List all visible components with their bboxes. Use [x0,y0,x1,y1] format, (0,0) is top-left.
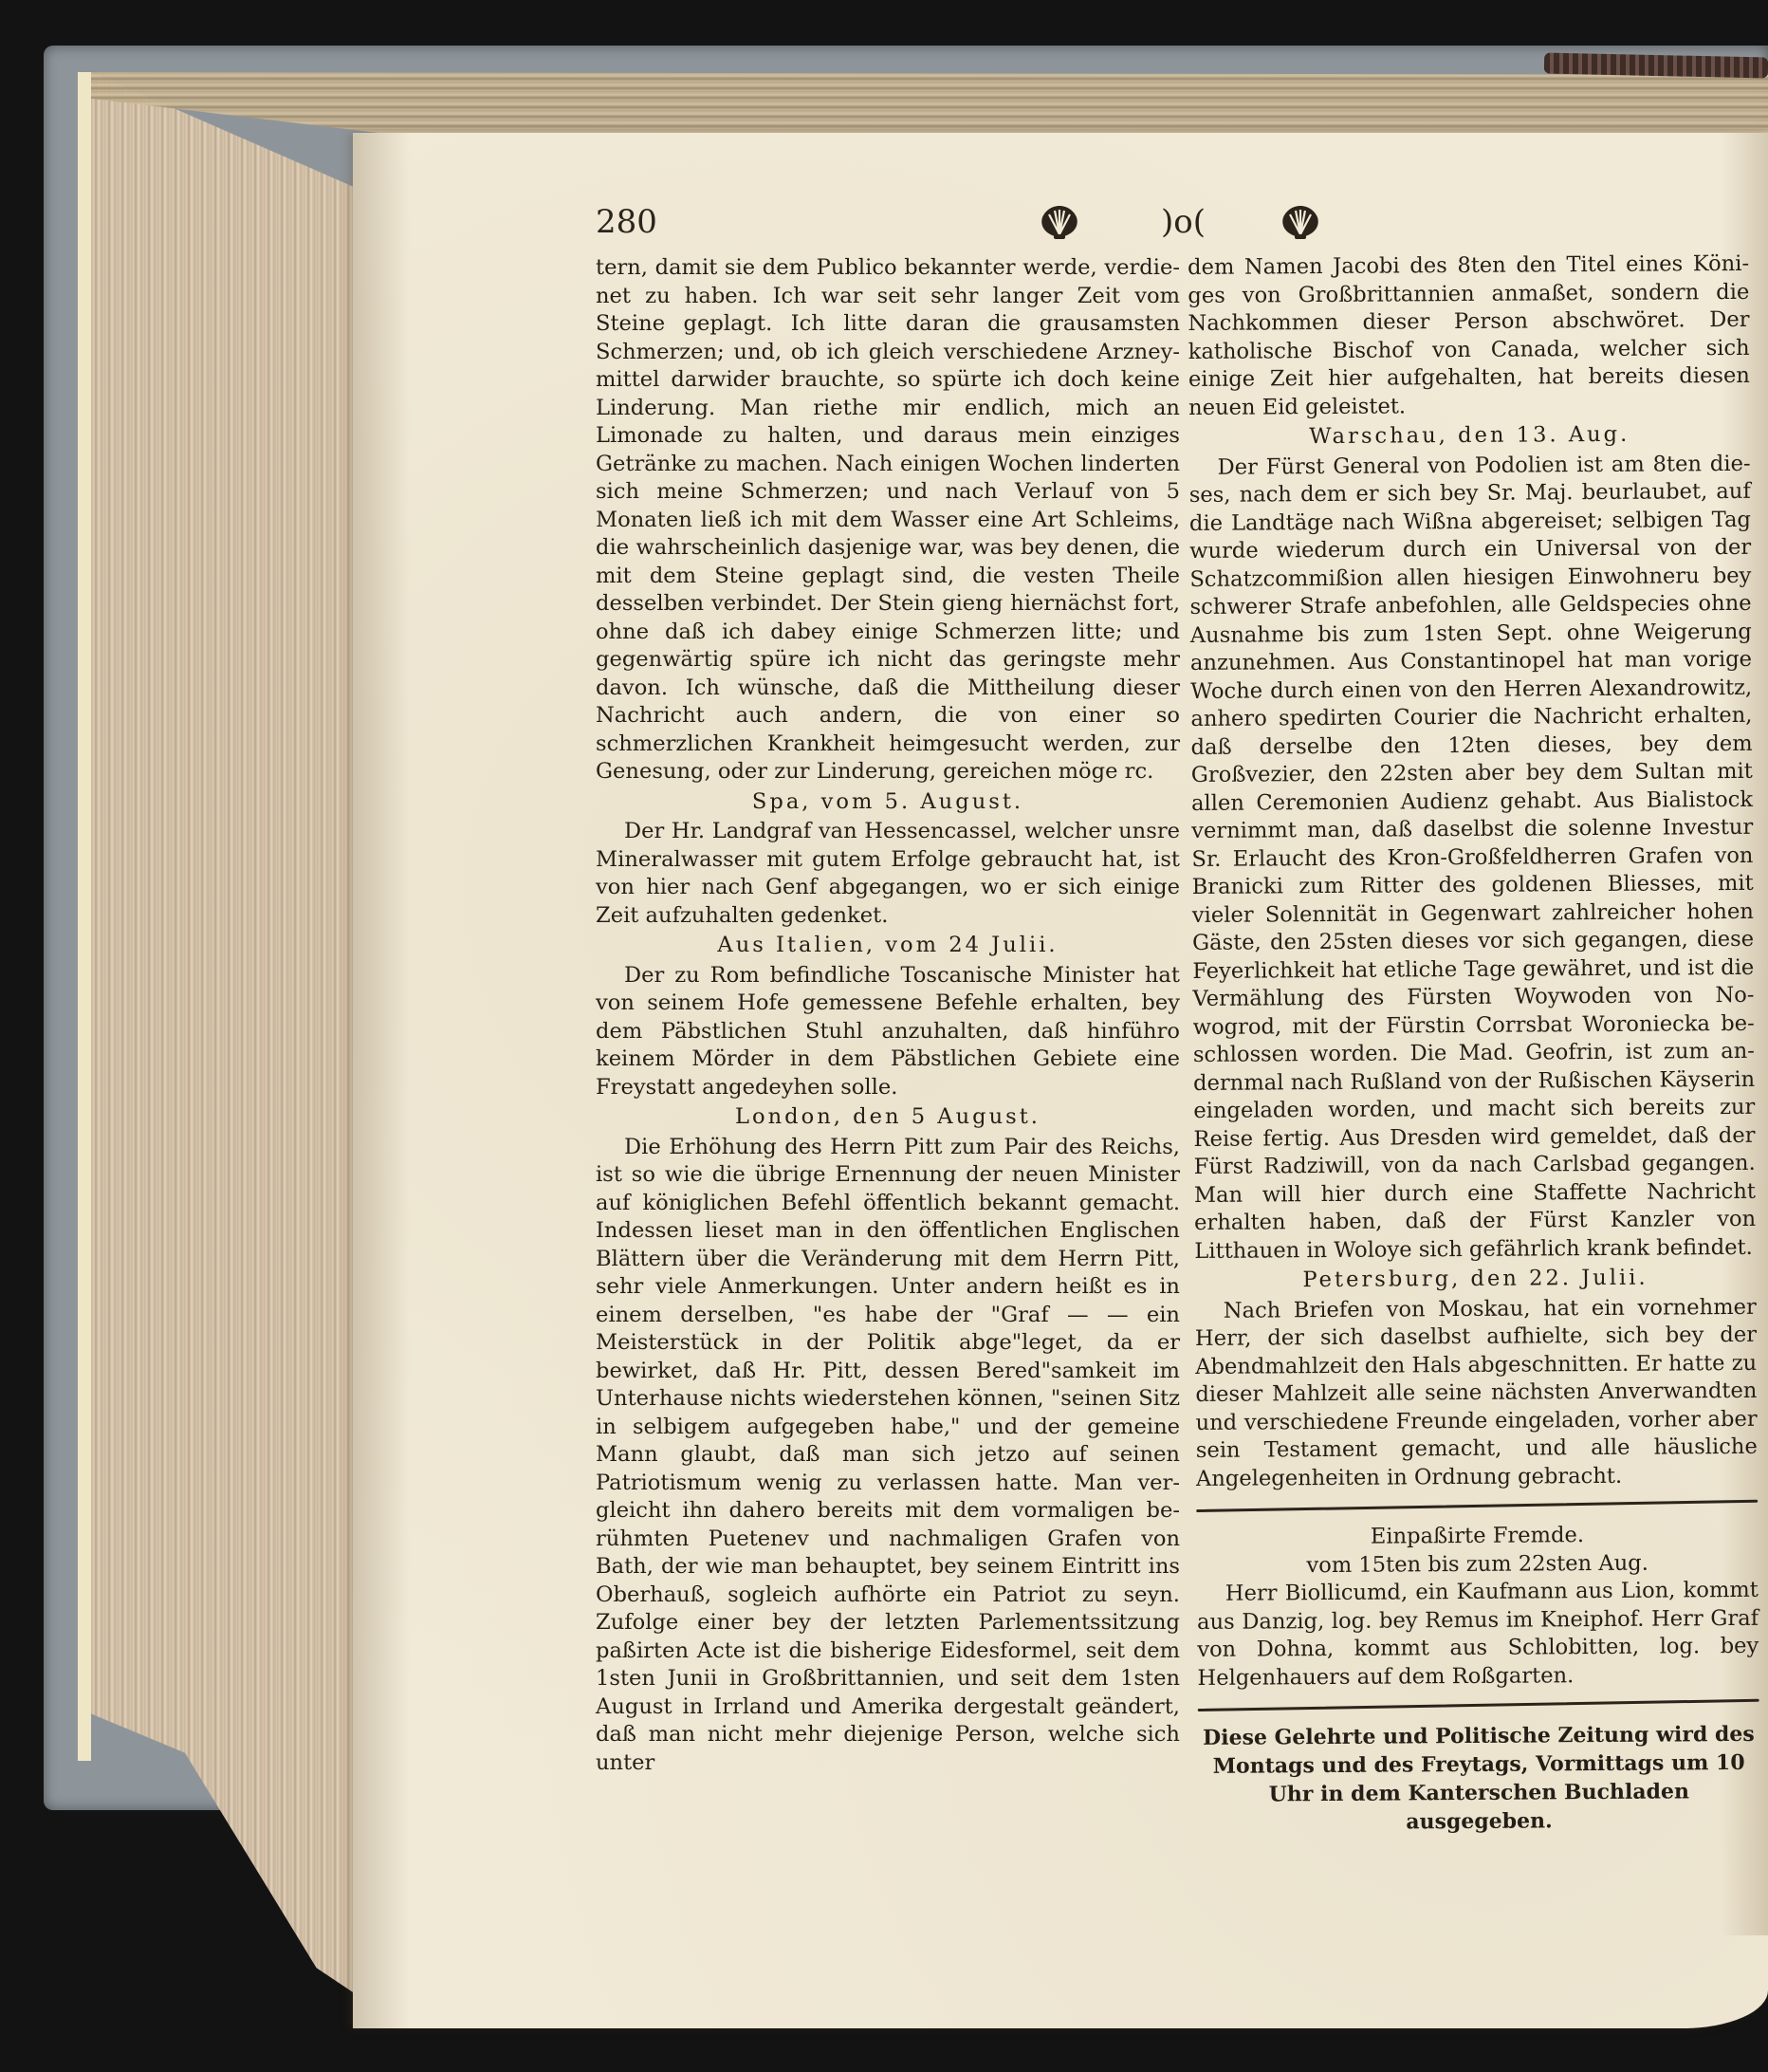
section-divider [1198,1699,1759,1711]
publication-note: Diese Gelehrte und Politische Zeitung wi… [1198,1720,1760,1838]
arrivals-list: Herr Biollicumd, ein Kaufmann aus Lion, … [1197,1577,1759,1693]
article-london-continued: dem Namen Jacobi des 8ten den Titel eine… [1188,250,1750,422]
section-divider [1196,1500,1758,1512]
page-edges-top [91,72,1768,139]
arrivals-title: Einpaßirte Fremde. [1196,1521,1758,1553]
dateline-petersburg: Petersburg, den 22. Julii. [1194,1264,1756,1296]
article-warschau: Der Fürst General von Podolien ist am 8t… [1188,450,1756,1266]
shell-ornament-icon [1038,203,1081,241]
arrivals-date-range: vom 15ten bis zum 22sten Aug. [1197,1548,1759,1581]
article-petersburg: Nach Briefen von Moskau, hat ein vornehm… [1195,1293,1758,1493]
endpaper [78,72,91,1761]
dateline-italien: Aus Italien, vom 24 Julii. [596,932,1180,960]
dateline-warschau: Warschau, den 13. Aug. [1188,420,1750,453]
article-london: Die Erhöhung des Herrn Pitt zum Pair des… [596,1134,1180,1778]
dateline-spa: Spa, vom 5. August. [596,788,1180,817]
page-number: 280 [596,203,657,241]
shell-ornament-icon [1279,203,1322,241]
article-continuation: tern, damit sie dem Publico bekannter we… [596,254,1180,786]
right-column: dem Namen Jacobi des 8ten den Titel eine… [1188,250,1760,1838]
center-mark: )o( [1161,203,1206,241]
left-column: tern, damit sie dem Publico bekannter we… [596,254,1180,1777]
dateline-london: London, den 5 August. [596,1103,1180,1132]
gutter-shadow [353,133,410,2028]
article-spa: Der Hr. Landgraf van Hessencassel, welch… [596,818,1180,930]
article-italien: Der zu Rom befindliche Toscanische Minis… [596,962,1180,1102]
